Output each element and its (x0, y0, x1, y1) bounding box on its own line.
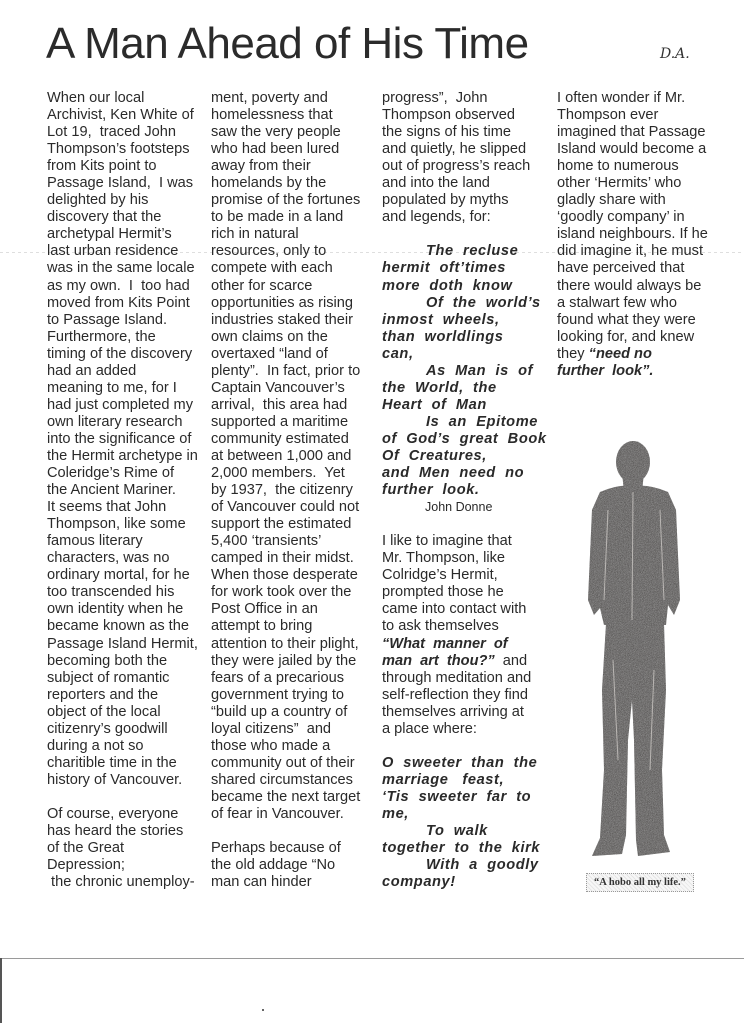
text-line: loyal citizens” and (211, 721, 379, 738)
text-line: of Vancouver could not (211, 499, 379, 516)
text-line: own claims on the (211, 329, 379, 346)
text-line: those who made a (211, 738, 379, 755)
poem-coleridge: O sweeter than themarriage feast,‘Tis sw… (382, 755, 552, 891)
photo-caption: “A hobo all my life.” (586, 873, 694, 892)
paragraph-gap (382, 226, 552, 243)
poem-line: With a goodly (382, 857, 552, 874)
text-line: supported a maritime (211, 414, 379, 431)
closing-prefix: they (557, 346, 589, 362)
text-line: the old addage “No (211, 857, 379, 874)
text-line: Thompson’s footsteps (47, 141, 207, 158)
text-line: as my own. I too had (47, 278, 207, 295)
text-line: reporters and the (47, 687, 207, 704)
poem-line: than worldlings (382, 329, 552, 346)
text-line: Perhaps because of (211, 840, 379, 857)
text-line: becoming both the (47, 653, 207, 670)
poem-line: the World, the (382, 380, 552, 397)
intro-paragraph: progress”, JohnThompson observedthe sign… (382, 90, 552, 226)
text-line: populated by myths (382, 192, 552, 209)
text-line: own identity when he (47, 601, 207, 618)
text-line: resources, only to (211, 243, 379, 260)
text-line: charitible time in the (47, 755, 207, 772)
column-4: I often wonder if Mr.Thompson everimagin… (557, 90, 737, 380)
text-line: citizenry’s goodwill (47, 721, 207, 738)
text-line: Archivist, Ken White of (47, 107, 207, 124)
text-line: too transcended his (47, 584, 207, 601)
text-line: Coleridge’s Rime of (47, 465, 207, 482)
column-2: ment, poverty andhomelessness thatsaw th… (211, 90, 379, 891)
poem-line: marriage feast, (382, 772, 552, 789)
text-line: fears of a precarious (211, 670, 379, 687)
text-line: imagined that Passage (557, 124, 737, 141)
text-line: to be made in a land (211, 209, 379, 226)
poem-attribution: John Donne (382, 499, 552, 516)
text-line: progress”, John (382, 90, 552, 107)
text-line: man can hinder (211, 874, 379, 891)
text-line: moved from Kits Point (47, 295, 207, 312)
text-line: became known as the (47, 618, 207, 635)
text-line: the signs of his time (382, 124, 552, 141)
poem-line: The recluse (382, 243, 552, 260)
text-line: object of the local (47, 704, 207, 721)
text-line: self-reflection they find (382, 687, 552, 704)
text-line: other ‘Hermits’ who (557, 175, 737, 192)
text-line: community out of their (211, 755, 379, 772)
text-line: attention to their plight, (211, 636, 379, 653)
text-line: Passage Island Hermit, (47, 636, 207, 653)
text-line: support the estimated (211, 516, 379, 533)
page-bottom-rule (0, 958, 744, 959)
text-line: saw the very people (211, 124, 379, 141)
text-line: away from their (211, 158, 379, 175)
quote-line: “What manner of (382, 636, 552, 653)
text-line: Thompson observed (382, 107, 552, 124)
text-line: into the significance of (47, 431, 207, 448)
text-line: and quietly, he slipped (382, 141, 552, 158)
paragraph-gap (211, 823, 379, 840)
text-line: “build up a country of (211, 704, 379, 721)
imagine-paragraph: I like to imagine thatMr. Thompson, like… (382, 533, 552, 635)
paragraph: ment, poverty andhomelessness thatsaw th… (211, 90, 379, 823)
text-line: promise of the fortunes (211, 192, 379, 209)
text-line: have perceived that (557, 260, 737, 277)
text-line: has heard the stories (47, 823, 207, 840)
imagine-paragraph-tail: through meditation andself-reflection th… (382, 670, 552, 738)
poem-line: of God’s great Book (382, 431, 552, 448)
poem-line: more doth know (382, 278, 552, 295)
text-line: and legends, for: (382, 209, 552, 226)
standing-man-photo (578, 440, 688, 865)
text-line: industries staked their (211, 312, 379, 329)
text-line: I often wonder if Mr. (557, 90, 737, 107)
text-line: 2,000 members. Yet (211, 465, 379, 482)
poem-line: Is an Epitome (382, 414, 552, 431)
text-line: the Hermit archetype in (47, 448, 207, 465)
poem-line: To walk (382, 823, 552, 840)
text-line: Post Office in an (211, 601, 379, 618)
text-line: and into the land (382, 175, 552, 192)
text-line: characters, was no (47, 550, 207, 567)
closing-final-line: further look”. (557, 363, 737, 380)
quote-tail: and (495, 653, 527, 669)
closing-paragraph: I often wonder if Mr.Thompson everimagin… (557, 90, 737, 346)
text-line: attempt to bring (211, 618, 379, 635)
paragraph: When our localArchivist, Ken White ofLot… (47, 90, 207, 789)
poem-line: and Men need no (382, 465, 552, 482)
poem-line: Heart of Man (382, 397, 552, 414)
text-line: own literary research (47, 414, 207, 431)
poem-line: Of Creatures, (382, 448, 552, 465)
text-line: did imagine it, he must (557, 243, 737, 260)
text-line: for work took over the (211, 584, 379, 601)
text-line: the chronic unemploy- (47, 874, 207, 891)
poem-line: ‘Tis sweeter far to (382, 789, 552, 806)
text-line: Furthermore, the (47, 329, 207, 346)
text-line: meaning to me, for I (47, 380, 207, 397)
text-line: ‘goodly company’ in (557, 209, 737, 226)
text-line: last urban residence (47, 243, 207, 260)
article-title: A Man Ahead of His Time (46, 18, 529, 70)
text-line: 5,400 ‘transients’ (211, 533, 379, 550)
text-line: overtaxed “land of (211, 346, 379, 363)
text-line: home to numerous (557, 158, 737, 175)
text-line: I like to imagine that (382, 533, 552, 550)
text-line: It seems that John (47, 499, 207, 516)
poem-line: inmost wheels, (382, 312, 552, 329)
text-line: community estimated (211, 431, 379, 448)
column-1: When our localArchivist, Ken White ofLot… (47, 90, 207, 891)
text-line: from Kits point to (47, 158, 207, 175)
text-line: during a not so (47, 738, 207, 755)
text-line: timing of the discovery (47, 346, 207, 363)
quote-bold: man art thou?” (382, 653, 495, 669)
text-line: Mr. Thompson, like (382, 550, 552, 567)
text-line: discovery that the (47, 209, 207, 226)
scan-speck (262, 1009, 264, 1011)
text-line: the Ancient Mariner. (47, 482, 207, 499)
text-line: shared circumstances (211, 772, 379, 789)
text-line: Captain Vancouver’s (211, 380, 379, 397)
poem-line: Of the world’s (382, 295, 552, 312)
text-line: government trying to (211, 687, 379, 704)
text-line: ment, poverty and (211, 90, 379, 107)
poem-line: can, (382, 346, 552, 363)
text-line: plenty”. In fact, prior to (211, 363, 379, 380)
text-line: by 1937, the citizenry (211, 482, 379, 499)
text-line: homelands by the (211, 175, 379, 192)
text-line: at between 1,000 and (211, 448, 379, 465)
quote-line-2: man art thou?” and (382, 653, 552, 670)
text-line: to Passage Island. (47, 312, 207, 329)
text-line: opportunities as rising (211, 295, 379, 312)
text-line: out of progress’s reach (382, 158, 552, 175)
text-line: had just completed my (47, 397, 207, 414)
text-line: rich in natural (211, 226, 379, 243)
text-line: a stalwart few who (557, 295, 737, 312)
text-line: When our local (47, 90, 207, 107)
column-3: progress”, JohnThompson observedthe sign… (382, 90, 552, 891)
text-line: ordinary mortal, for he (47, 567, 207, 584)
page-left-edge (0, 958, 2, 1023)
text-line: subject of romantic (47, 670, 207, 687)
poem-line: hermit oft’times (382, 260, 552, 277)
text-line: When those desperate (211, 567, 379, 584)
paragraph-gap (47, 789, 207, 806)
text-line: delighted by his (47, 192, 207, 209)
poem-line: together to the kirk (382, 840, 552, 857)
text-line: Passage Island, I was (47, 175, 207, 192)
text-line: looking for, and knew (557, 329, 737, 346)
closing-bold: “need no (589, 346, 652, 362)
paragraph: Perhaps because ofthe old addage “Noman … (211, 840, 379, 891)
text-line: was in the same locale (47, 260, 207, 277)
author-initials: D.A. (660, 46, 690, 62)
text-line: of the Great (47, 840, 207, 857)
text-line: had an added (47, 363, 207, 380)
poem-line: O sweeter than the (382, 755, 552, 772)
text-line: to ask themselves (382, 618, 552, 635)
text-line: archetypal Hermit’s (47, 226, 207, 243)
paragraph-gap (382, 516, 552, 533)
text-line: through meditation and (382, 670, 552, 687)
poem-line: company! (382, 874, 552, 891)
paragraph-gap (382, 738, 552, 755)
text-line: Colridge’s Hermit, (382, 567, 552, 584)
text-line: compete with each (211, 260, 379, 277)
text-line: Depression; (47, 857, 207, 874)
text-line: homelessness that (211, 107, 379, 124)
poem-donne: The reclusehermit oft’timesmore doth kno… (382, 243, 552, 499)
text-line: history of Vancouver. (47, 772, 207, 789)
text-line: Thompson, like some (47, 516, 207, 533)
text-line: Island would become a (557, 141, 737, 158)
text-line: arrival, this area had (211, 397, 379, 414)
text-line: came into contact with (382, 601, 552, 618)
text-line: Lot 19, traced John (47, 124, 207, 141)
text-line: camped in their midst. (211, 550, 379, 567)
text-line: prompted those he (382, 584, 552, 601)
text-line: there would always be (557, 278, 737, 295)
text-line: themselves arriving at (382, 704, 552, 721)
text-line: gladly share with (557, 192, 737, 209)
text-line: famous literary (47, 533, 207, 550)
text-line: other for scarce (211, 278, 379, 295)
poem-line: As Man is of (382, 363, 552, 380)
text-line: who had been lured (211, 141, 379, 158)
text-line: became the next target (211, 789, 379, 806)
text-line: they were jailed by the (211, 653, 379, 670)
closing-line: they “need no (557, 346, 737, 363)
text-line: Thompson ever (557, 107, 737, 124)
poem-line: me, (382, 806, 552, 823)
text-line: island neighbours. If he (557, 226, 737, 243)
paragraph: Of course, everyonehas heard the stories… (47, 806, 207, 891)
text-line: of fear in Vancouver. (211, 806, 379, 823)
poem-line: further look. (382, 482, 552, 499)
text-line: a place where: (382, 721, 552, 738)
text-line: found what they were (557, 312, 737, 329)
text-line: Of course, everyone (47, 806, 207, 823)
